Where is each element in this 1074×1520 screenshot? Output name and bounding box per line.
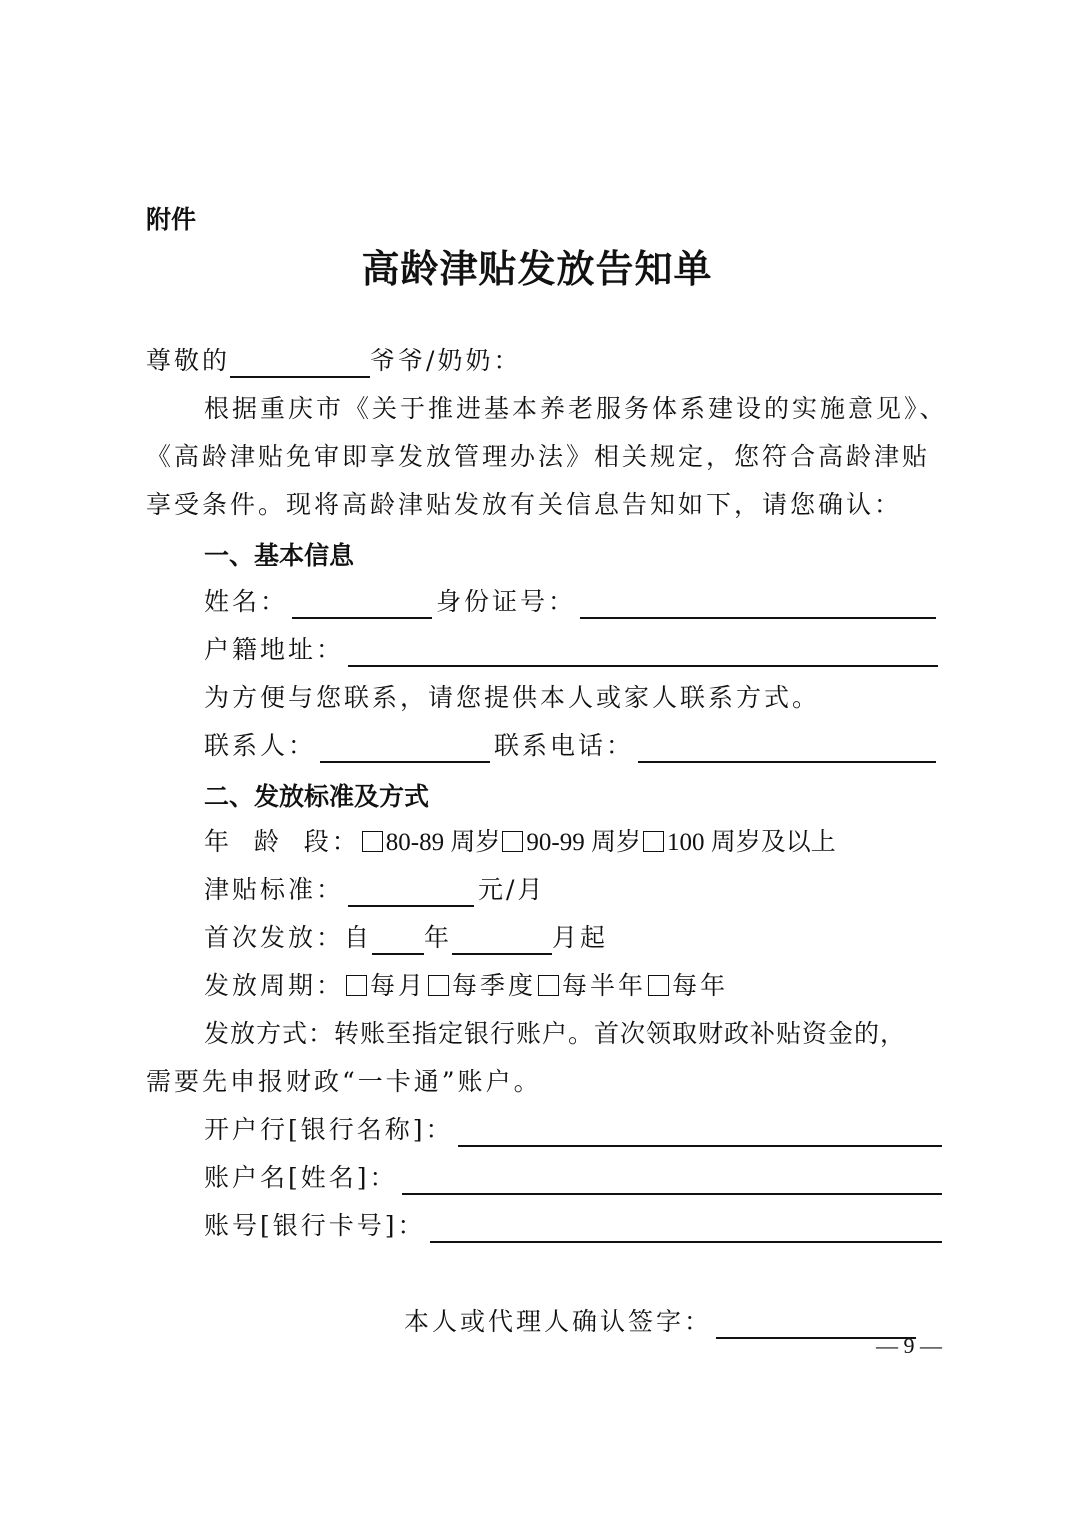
document-title: 高龄津贴发放告知单 <box>0 238 1074 293</box>
recipient-name-field[interactable] <box>230 350 370 378</box>
cycle-annual-checkbox[interactable] <box>648 975 669 996</box>
age-option-80-89: 80-89 周岁 <box>386 829 501 856</box>
id-number-field[interactable] <box>580 591 936 619</box>
standard-unit: 元/月 <box>478 875 545 904</box>
cycle-monthly-checkbox[interactable] <box>346 975 367 996</box>
cycle-quarterly: 每季度 <box>452 971 536 1000</box>
phone-label: 联系电话： <box>494 731 634 760</box>
section2-heading: 二、发放标准及方式 <box>204 777 429 813</box>
first-month-field[interactable] <box>452 927 552 955</box>
account-number-field[interactable] <box>430 1215 942 1243</box>
greeting-prefix: 尊敬的 <box>146 346 230 375</box>
age-80-89-checkbox[interactable] <box>362 831 383 852</box>
address-row: 户籍地址： <box>204 633 942 667</box>
age-90-99-checkbox[interactable] <box>502 831 523 852</box>
cycle-annual: 每年 <box>672 971 728 1000</box>
method-line-2: 需要先申报财政“一卡通”账户。 <box>146 1065 542 1099</box>
signature-label: 本人或代理人确认签字： <box>404 1307 712 1336</box>
first-payment-label: 首次发放： <box>204 923 344 952</box>
cycle-semiannual-checkbox[interactable] <box>538 975 559 996</box>
page-number: — 9 — <box>876 1333 942 1359</box>
name-field[interactable] <box>292 591 432 619</box>
name-label: 姓名： <box>204 587 288 616</box>
standard-label: 津贴标准： <box>204 875 344 904</box>
method-line-1: 发放方式：转账至指定银行账户。首次领取财政补贴资金的， <box>204 1017 906 1051</box>
greeting-line: 尊敬的爷爷/奶奶： <box>146 344 521 378</box>
bank-row: 开户行[银行名称]： <box>204 1113 946 1147</box>
intro-line-1: 根据重庆市《关于推进基本养老服务体系建设的实施意见》、 <box>204 392 948 426</box>
first-year-field[interactable] <box>372 927 424 955</box>
age-label: 年 龄 段： <box>204 827 360 856</box>
account-number-row: 账号[银行卡号]： <box>204 1209 946 1243</box>
month-start-text: 月起 <box>552 923 608 952</box>
contact-row: 联系人：联系电话： <box>204 729 940 763</box>
address-field[interactable] <box>348 639 938 667</box>
first-payment-row: 首次发放：自年月起 <box>204 921 608 955</box>
id-label: 身份证号： <box>436 587 576 616</box>
contact-field[interactable] <box>320 735 490 763</box>
age-option-100-plus: 100 周岁及以上 <box>667 829 836 856</box>
section1-heading: 一、基本信息 <box>204 536 354 572</box>
cycle-semiannual: 每半年 <box>562 971 646 1000</box>
account-name-label: 账户名[姓名]： <box>204 1163 398 1192</box>
contact-label: 联系人： <box>204 731 316 760</box>
name-id-row: 姓名：身份证号： <box>204 585 940 619</box>
age-row: 年 龄 段：80-89 周岁90-99 周岁100 周岁及以上 <box>204 825 836 860</box>
account-number-label: 账号[银行卡号]： <box>204 1211 426 1240</box>
cycle-quarterly-checkbox[interactable] <box>428 975 449 996</box>
cycle-row: 发放周期：每月每季度每半年每年 <box>204 969 728 1003</box>
attachment-label: 附件 <box>146 200 196 236</box>
year-text: 年 <box>424 923 452 952</box>
account-name-field[interactable] <box>402 1167 942 1195</box>
bank-label: 开户行[银行名称]： <box>204 1115 454 1144</box>
cycle-label: 发放周期： <box>204 971 344 1000</box>
standard-amount-field[interactable] <box>348 879 474 907</box>
address-label: 户籍地址： <box>204 635 344 664</box>
signature-row: 本人或代理人确认签字： <box>404 1305 920 1339</box>
intro-line-3: 享受条件。现将高龄津贴发放有关信息告知如下，请您确认： <box>146 488 902 522</box>
age-option-90-99: 90-99 周岁 <box>526 829 641 856</box>
age-100-plus-checkbox[interactable] <box>643 831 664 852</box>
greeting-suffix: 爷爷/奶奶： <box>370 346 521 375</box>
account-name-row: 账户名[姓名]： <box>204 1161 946 1195</box>
standard-row: 津贴标准：元/月 <box>204 873 545 907</box>
from-text: 自 <box>344 923 372 952</box>
cycle-monthly: 每月 <box>370 971 426 1000</box>
bank-name-field[interactable] <box>458 1119 942 1147</box>
phone-field[interactable] <box>638 735 936 763</box>
intro-line-2: 《高龄津贴免审即享发放管理办法》相关规定，您符合高龄津贴 <box>146 440 930 474</box>
contact-note: 为方便与您联系，请您提供本人或家人联系方式。 <box>204 681 820 715</box>
